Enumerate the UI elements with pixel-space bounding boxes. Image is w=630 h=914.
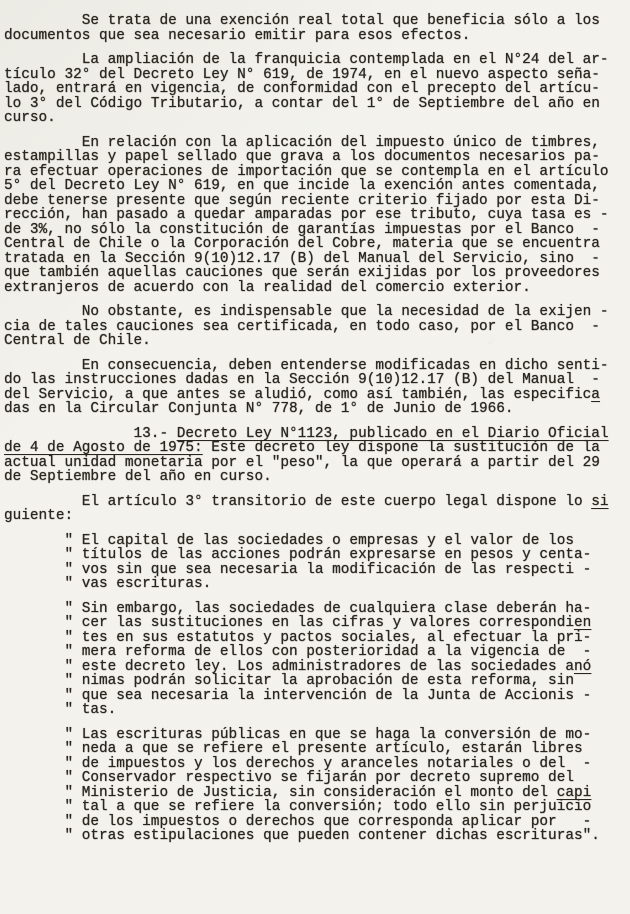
paragraph-no-obstante: No obstante, es indispensable que la nec…	[4, 305, 628, 349]
text-run: " nimas podrán solicitar la aprobación d…	[4, 673, 591, 718]
underlined-syllable: a	[591, 387, 600, 403]
text-run: En consecuencia, deben entenderse modifi…	[4, 358, 609, 403]
quote-capital-sociedades: " El capital de las sociedades o empresa…	[4, 534, 628, 592]
text-run: " Las escrituras públicas en que se haga…	[4, 727, 591, 801]
underlined-syllable: nó	[574, 659, 591, 675]
underlined-syllable: si	[591, 494, 608, 510]
text-run: El artículo 3° transitorio de este cuerp…	[4, 494, 591, 510]
quote-sin-embargo: " Sin embargo, las sociedades de cualqui…	[4, 602, 628, 718]
document-page: Se trata de una exención real total que …	[0, 0, 630, 914]
paragraph-articulo-3-transitorio: El artículo 3° transitorio de este cuerp…	[4, 495, 628, 524]
text-run: " tes en sus estatutos y pactos sociales…	[4, 630, 591, 675]
paragraph-en-consecuencia: En consecuencia, deben entenderse modifi…	[4, 359, 628, 417]
text-run: guiente:	[4, 508, 73, 524]
heading-decreto-ley-1123: 13.- Decreto Ley N°1123, publicado en el…	[4, 427, 628, 485]
document-text: Se trata de una exención real total que …	[4, 14, 628, 844]
paragraph-impuesto-timbres: En relación con la aplicación del impues…	[4, 136, 628, 296]
paragraph-exencion-real: Se trata de una exención real total que …	[4, 14, 628, 43]
quote-escrituras-publicas: " Las escrituras públicas en que se haga…	[4, 728, 628, 844]
text-run: das en la Circular Conjunta N° 778, de 1…	[4, 401, 514, 417]
paragraph-ampliacion-franquicia: La ampliación de la franquicia contempla…	[4, 53, 628, 126]
text-run: " Sin embargo, las sociedades de cualqui…	[4, 601, 591, 632]
text-run: " tal a que se refiere la conversión; to…	[4, 799, 600, 844]
